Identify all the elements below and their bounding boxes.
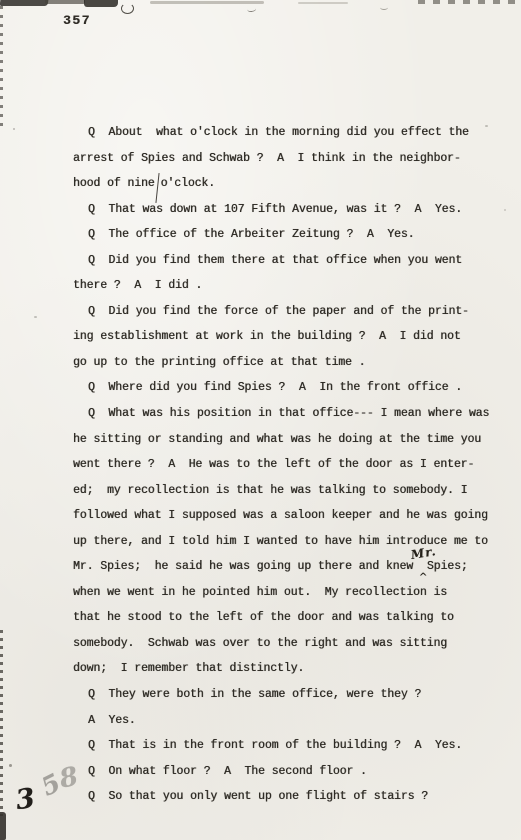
typed-line: Q On what floor ? A The second floor . <box>73 759 503 785</box>
typed-line: Q That was down at 107 Fifth Avenue, was… <box>73 197 503 223</box>
scan-artifact-corner <box>0 812 6 840</box>
scan-artifact-left-edge <box>0 630 3 816</box>
page-number-typed: 357 <box>63 13 91 28</box>
typed-line: Q They were both in the same office, wer… <box>73 682 503 708</box>
scan-speck <box>9 764 12 767</box>
scan-artifact-top-edge <box>418 0 521 4</box>
handwritten-insertion: Mr.^ <box>420 559 427 569</box>
typed-line: down; I remember that distinctly. <box>73 656 503 682</box>
typed-line: Q That is in the front room of the build… <box>73 733 503 759</box>
typed-line: he sitting or standing and what was he d… <box>73 427 503 453</box>
handwritten-digit: 3 <box>14 783 37 816</box>
scan-speck <box>13 128 15 130</box>
typed-line: hood of nineo'clock. <box>73 171 503 197</box>
scan-artifact-left-edge <box>0 6 3 128</box>
typed-line: A Yes. <box>73 708 503 734</box>
scan-artifact-ink-curl <box>247 6 257 13</box>
scan-artifact-top-edge <box>84 0 118 7</box>
typed-line-segment: Mr. Spies; he said he was going up there… <box>73 560 420 573</box>
typed-lines: Q About what o'clock in the morning did … <box>73 120 503 810</box>
typed-line: arrest of Spies and Schwab ? A I think i… <box>73 146 503 172</box>
typed-line: Q About what o'clock in the morning did … <box>73 120 503 146</box>
typed-line: Mr. Spies; he said he was going up there… <box>73 554 503 580</box>
scan-artifact-ink-curl <box>121 3 134 14</box>
typed-line: Q Did you find them there at that office… <box>73 248 503 274</box>
scan-artifact-top-edge <box>298 2 348 4</box>
typed-line: go up to the printing office at that tim… <box>73 350 503 376</box>
handwritten-word: Mr. <box>409 539 438 568</box>
scan-artifact-ink-curl <box>380 5 388 10</box>
scan-artifact-top-edge <box>150 1 264 4</box>
typed-line: up there, and I told him I wanted to hav… <box>73 529 503 555</box>
page-number-handwritten: 358 <box>14 766 86 824</box>
typed-line: ing establishment at work in the buildin… <box>73 324 503 350</box>
scan-artifact-top-edge <box>0 0 48 6</box>
typed-line: went there ? A He was to the left of the… <box>73 452 503 478</box>
scanned-transcript-page: 357 Q About what o'clock in the morning … <box>0 0 521 840</box>
typed-line-segment: hood of nine <box>73 177 155 190</box>
typed-line: Q The office of the Arbeiter Zeitung ? A… <box>73 222 503 248</box>
typed-line-segment: o'clock. <box>155 177 215 190</box>
scan-artifact-top-edge <box>45 0 85 4</box>
typed-line: followed what I supposed was a saloon ke… <box>73 503 503 529</box>
typed-line: Q Where did you find Spies ? A In the fr… <box>73 375 503 401</box>
typed-line: Q What was his position in that office--… <box>73 401 503 427</box>
typed-line: Q So that you only went up one flight of… <box>73 784 503 810</box>
scan-speck <box>504 209 506 211</box>
typed-line: that he stood to the left of the door an… <box>73 605 503 631</box>
typed-line: Q Did you find the force of the paper an… <box>73 299 503 325</box>
typed-line: when we went in he pointed him out. My r… <box>73 580 503 606</box>
typed-line: ed; my recollection is that he was talki… <box>73 478 503 504</box>
scan-speck <box>34 316 37 318</box>
handwritten-digit: 8 <box>57 765 60 768</box>
typed-line: there ? A I did . <box>73 273 503 299</box>
typed-line: somebody. Schwab was over to the right a… <box>73 631 503 657</box>
handwritten-digit: 5 <box>37 775 40 778</box>
